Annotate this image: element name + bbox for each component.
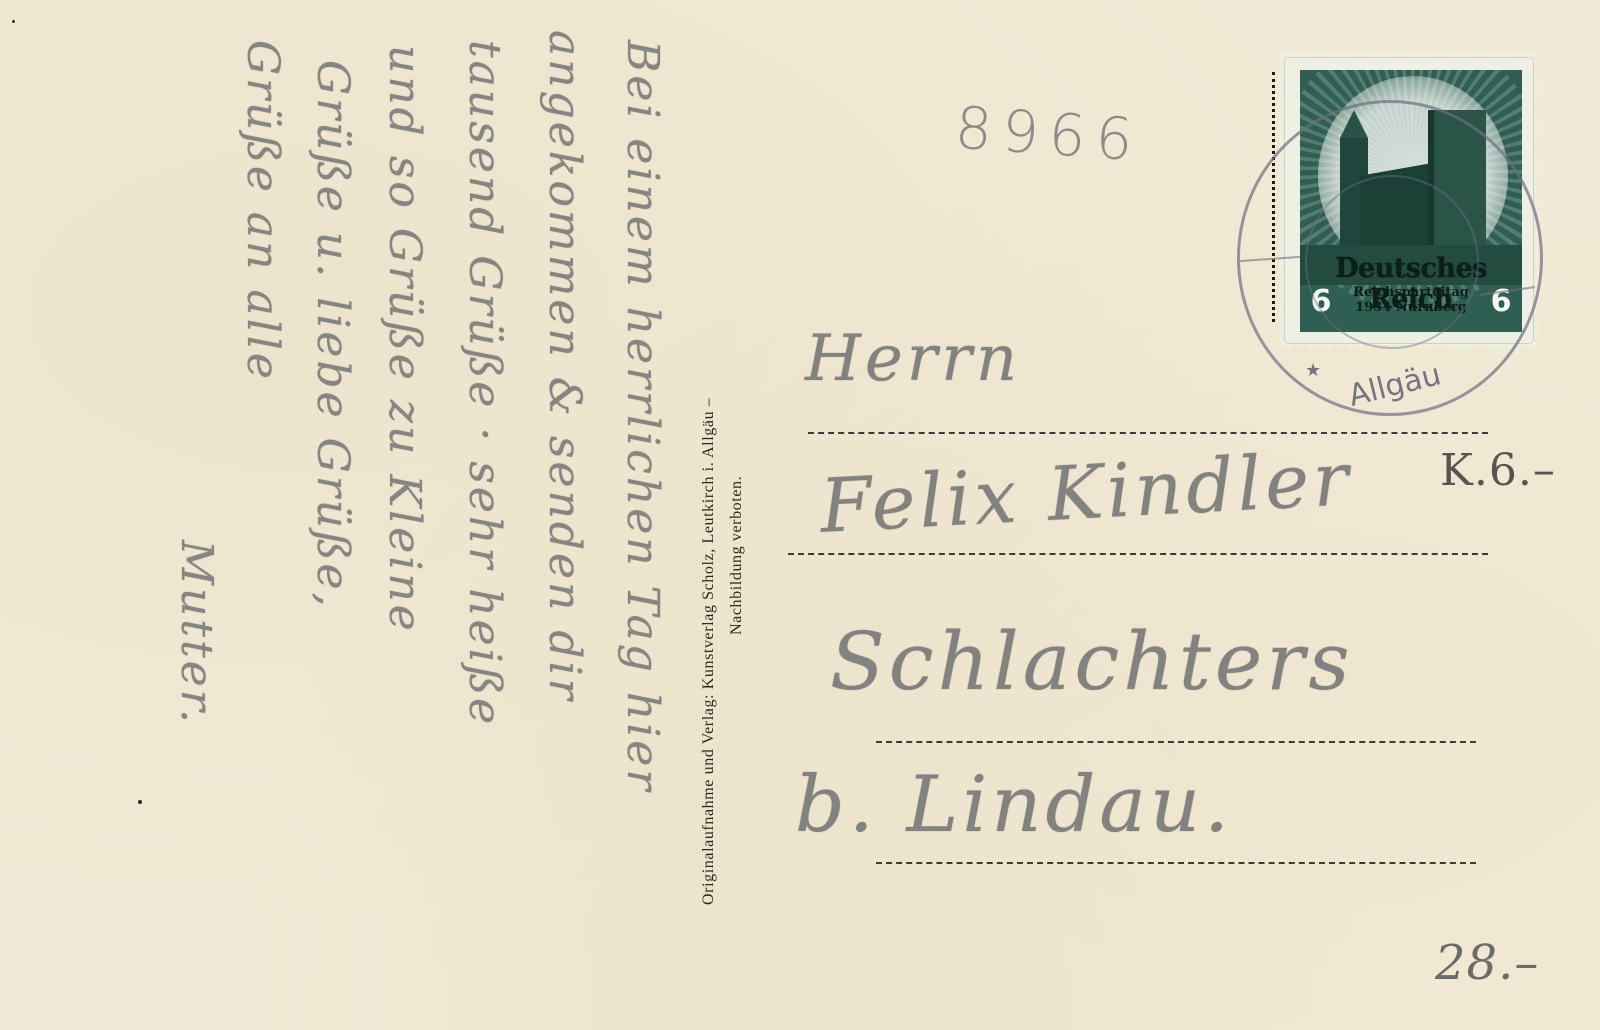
paper-speck [12, 20, 15, 23]
publisher-imprint-line-1: Originalaufnahme und Verlag: Kunstverlag… [700, 398, 718, 905]
message-line-4: und so Grüße zu Kleine [379, 45, 430, 634]
address-name: Felix Kindler [818, 436, 1354, 550]
address-salutation: Herrn [805, 322, 1021, 396]
message-line-5: Grüße u. liebe Grüße, [307, 60, 358, 610]
address-line-1 [808, 432, 1488, 434]
message-line-2: angekommen & senden dir [539, 30, 590, 703]
catalog-number: 8966 [953, 94, 1145, 175]
address-line-3 [876, 741, 1476, 743]
message-signature: Mutter. [171, 540, 222, 726]
price-annotation-bottom: 28.– [1435, 935, 1539, 991]
price-annotation-top: K.6.– [1440, 445, 1556, 496]
stamp-value-left: 6 [1304, 282, 1338, 322]
address-city: b. Lindau. [795, 760, 1233, 850]
postmark-place: Allgäu [1345, 357, 1444, 414]
message-line-6: Grüße an alle [237, 40, 288, 382]
paper-speck [138, 800, 142, 804]
postmark-star-icon: ★ [1305, 360, 1321, 381]
publisher-imprint-line-2: Nachbildung verboten. [728, 476, 746, 635]
stamp-placement-guide [1272, 72, 1275, 322]
message-line-1: Bei einem herrlichen Tag hier [617, 40, 668, 793]
address-line-2 [788, 553, 1488, 555]
stamp-value-right: 6 [1484, 282, 1518, 322]
message-line-3: tausend Grüße · sehr heiße [459, 40, 510, 727]
address-line-4 [876, 862, 1476, 864]
address-street: Schlachters [830, 615, 1354, 708]
